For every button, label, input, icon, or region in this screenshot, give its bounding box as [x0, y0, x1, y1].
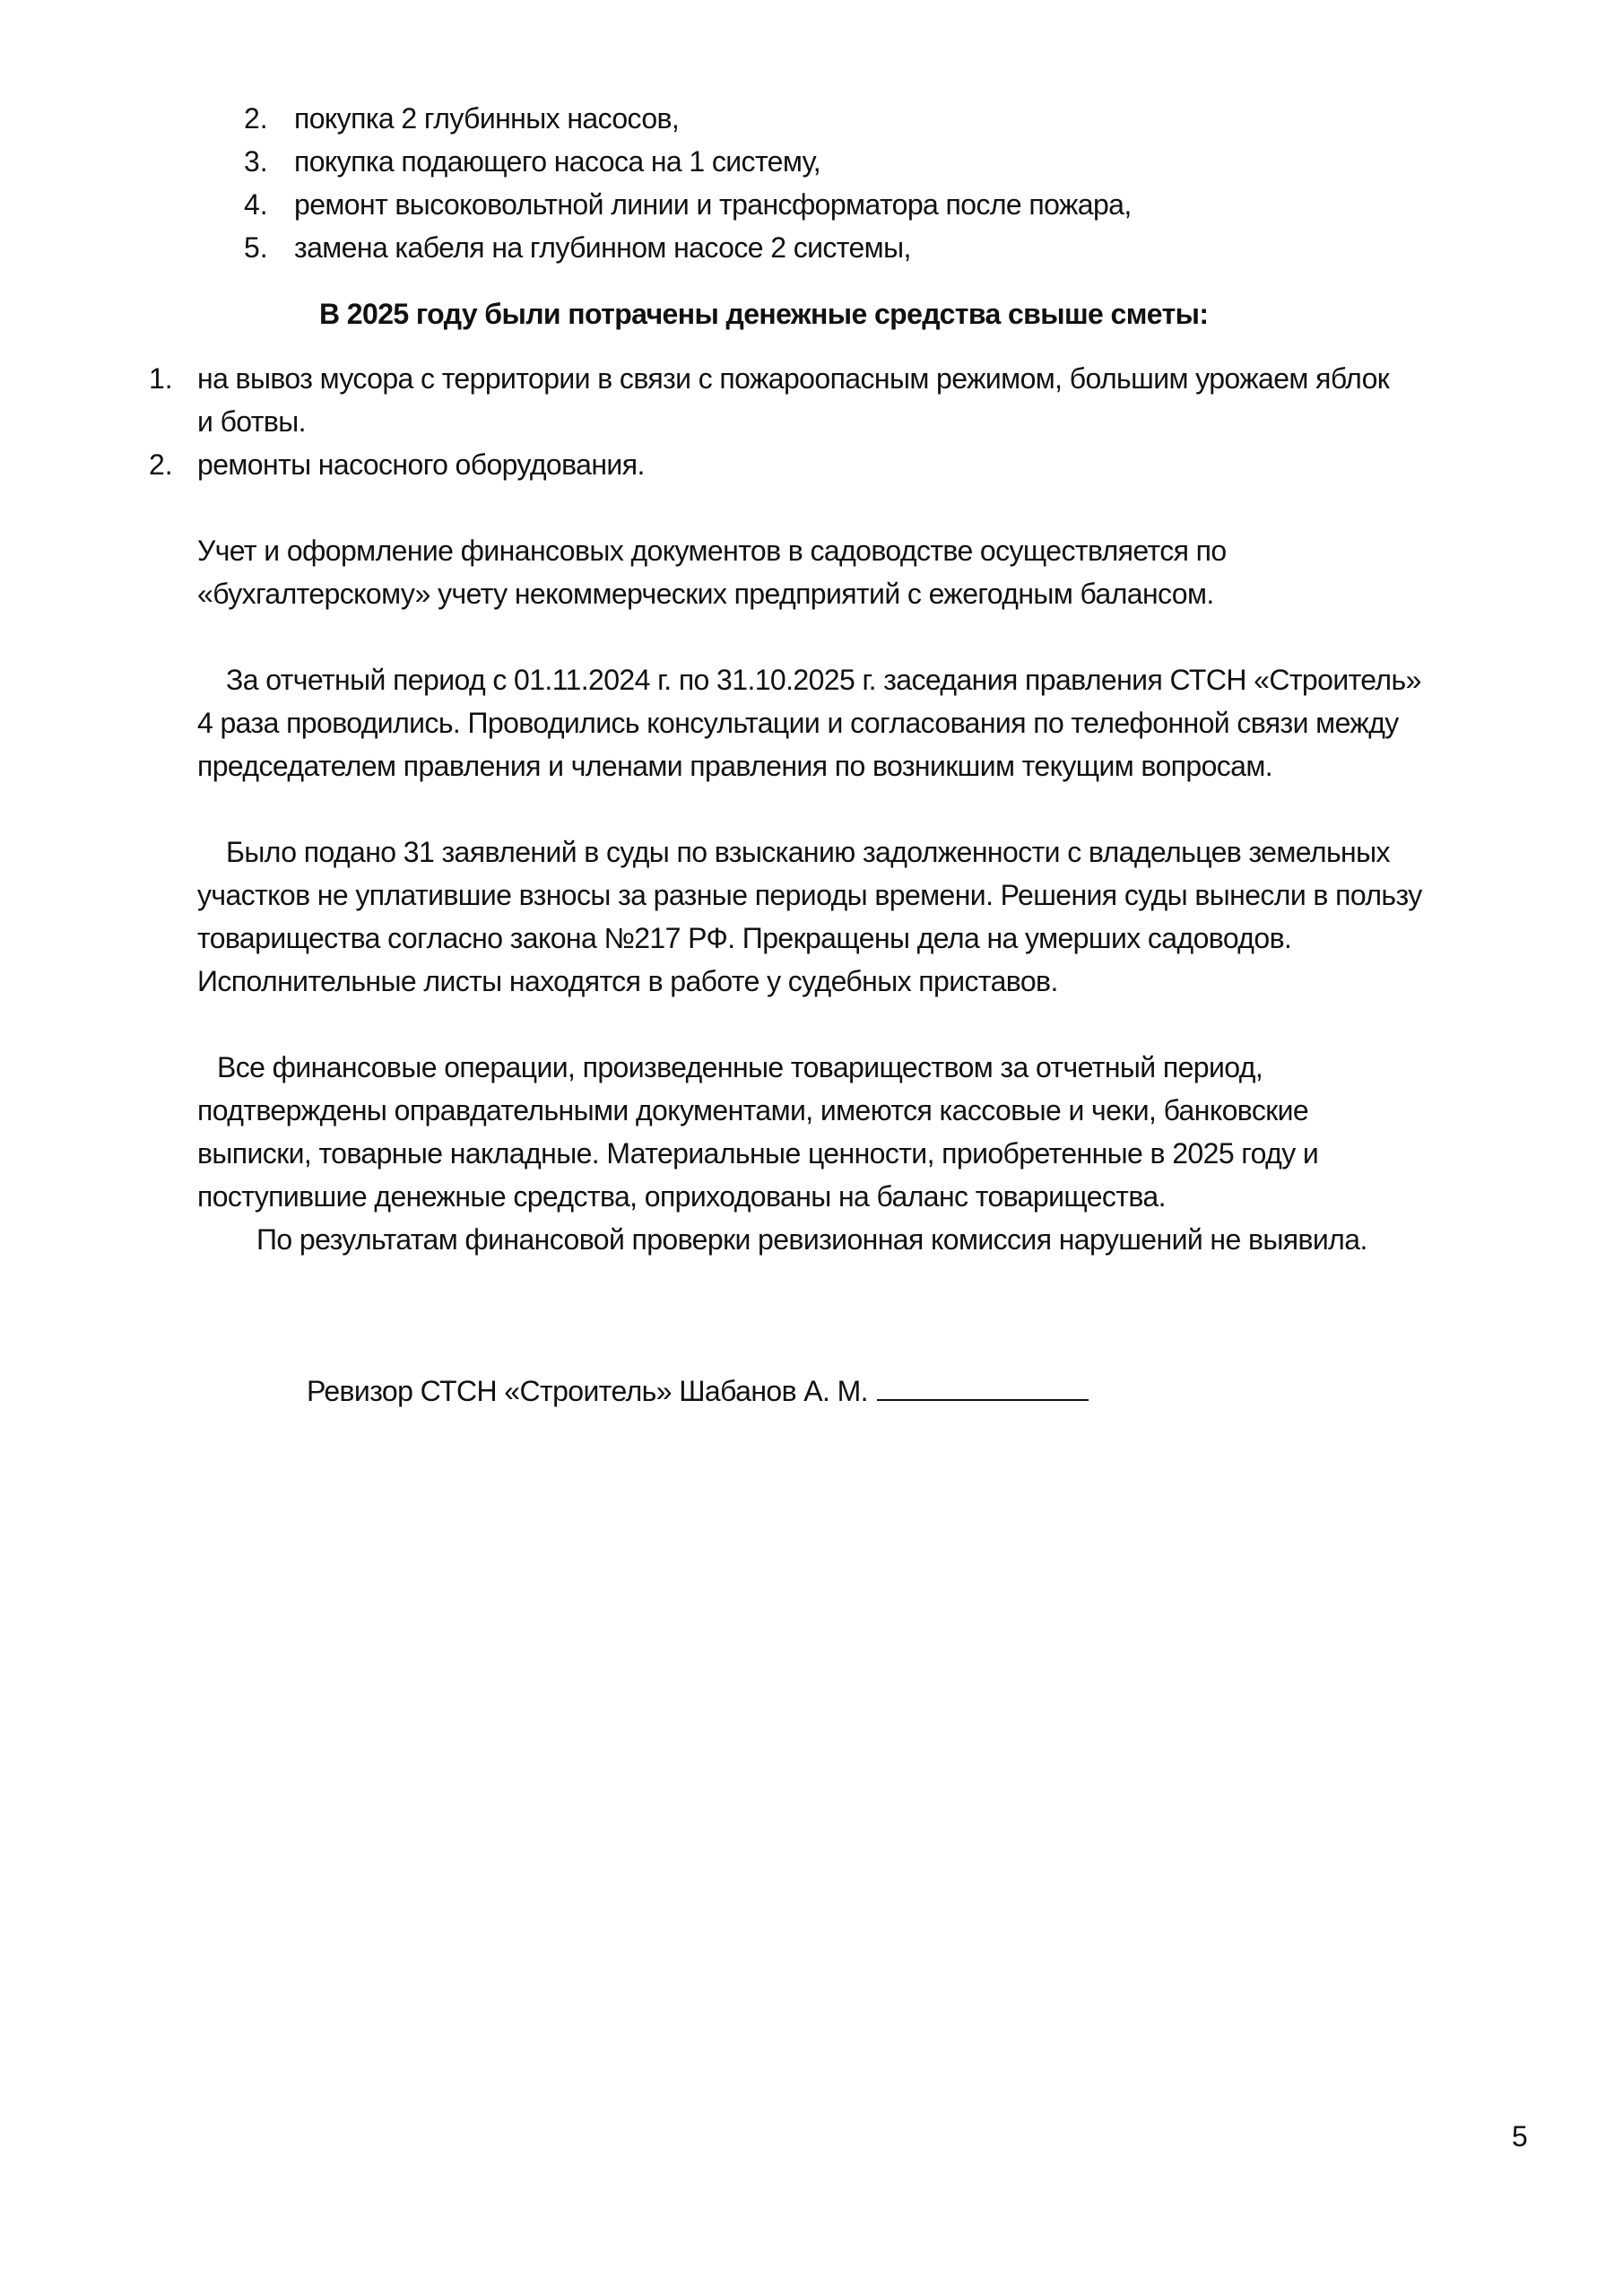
section-heading: В 2025 году были потрачены денежные сред… [319, 292, 1208, 335]
paragraph-line: Учет и оформление финансовых документов … [197, 529, 1227, 572]
list-item: покупка подающего насоса на 1 систему, [294, 140, 820, 183]
paragraph-line: За отчетный период с 01.11.2024 г. по 31… [226, 658, 1421, 701]
list-number: 3. [244, 140, 268, 183]
list-item-continuation: и ботвы. [197, 400, 306, 443]
list-item: ремонты насосного оборудования. [197, 443, 645, 486]
paragraph-line: участков не уплатившие взносы за разные … [197, 874, 1422, 917]
paragraph-line: 4 раза проводились. Проводились консульт… [197, 701, 1399, 744]
paragraph-line: Все финансовые операции, произведенные т… [217, 1046, 1263, 1089]
signature-line [877, 1369, 1089, 1401]
paragraph-line: Исполнительные листы находятся в работе … [197, 960, 1058, 1003]
signature-text: Ревизор СТСН «Строитель» Шабанов А. М. [307, 1375, 868, 1407]
document-page: 2. покупка 2 глубинных насосов, 3. покуп… [0, 0, 1623, 2296]
list-number: 4. [244, 183, 268, 226]
list-item: покупка 2 глубинных насосов, [294, 97, 679, 140]
list-item: на вывоз мусора с территории в связи с п… [197, 357, 1389, 400]
list-item: замена кабеля на глубинном насосе 2 сист… [294, 226, 911, 269]
page-number: 5 [1512, 2115, 1528, 2158]
list-number: 1. [149, 357, 173, 400]
list-number: 2. [149, 443, 173, 486]
paragraph-line: «бухгалтерскому» учету некоммерческих пр… [197, 572, 1214, 615]
conclusion-line: По результатам финансовой проверки ревиз… [256, 1218, 1367, 1261]
paragraph-line: поступившие денежные средства, оприходов… [197, 1175, 1166, 1218]
paragraph-line: товарищества согласно закона №217 РФ. Пр… [197, 917, 1291, 960]
list-item: ремонт высоковольтной линии и трансформа… [294, 183, 1132, 226]
signature-block: Ревизор СТСН «Строитель» Шабанов А. М. [307, 1369, 1089, 1413]
paragraph-line: подтверждены оправдательными документами… [197, 1089, 1308, 1132]
list-number: 2. [244, 97, 268, 140]
paragraph-line: председателем правления и членами правле… [197, 744, 1272, 787]
paragraph-line: выписки, товарные накладные. Материальны… [197, 1132, 1318, 1175]
list-number: 5. [244, 226, 268, 269]
paragraph-line: Было подано 31 заявлений в суды по взыск… [226, 831, 1390, 874]
